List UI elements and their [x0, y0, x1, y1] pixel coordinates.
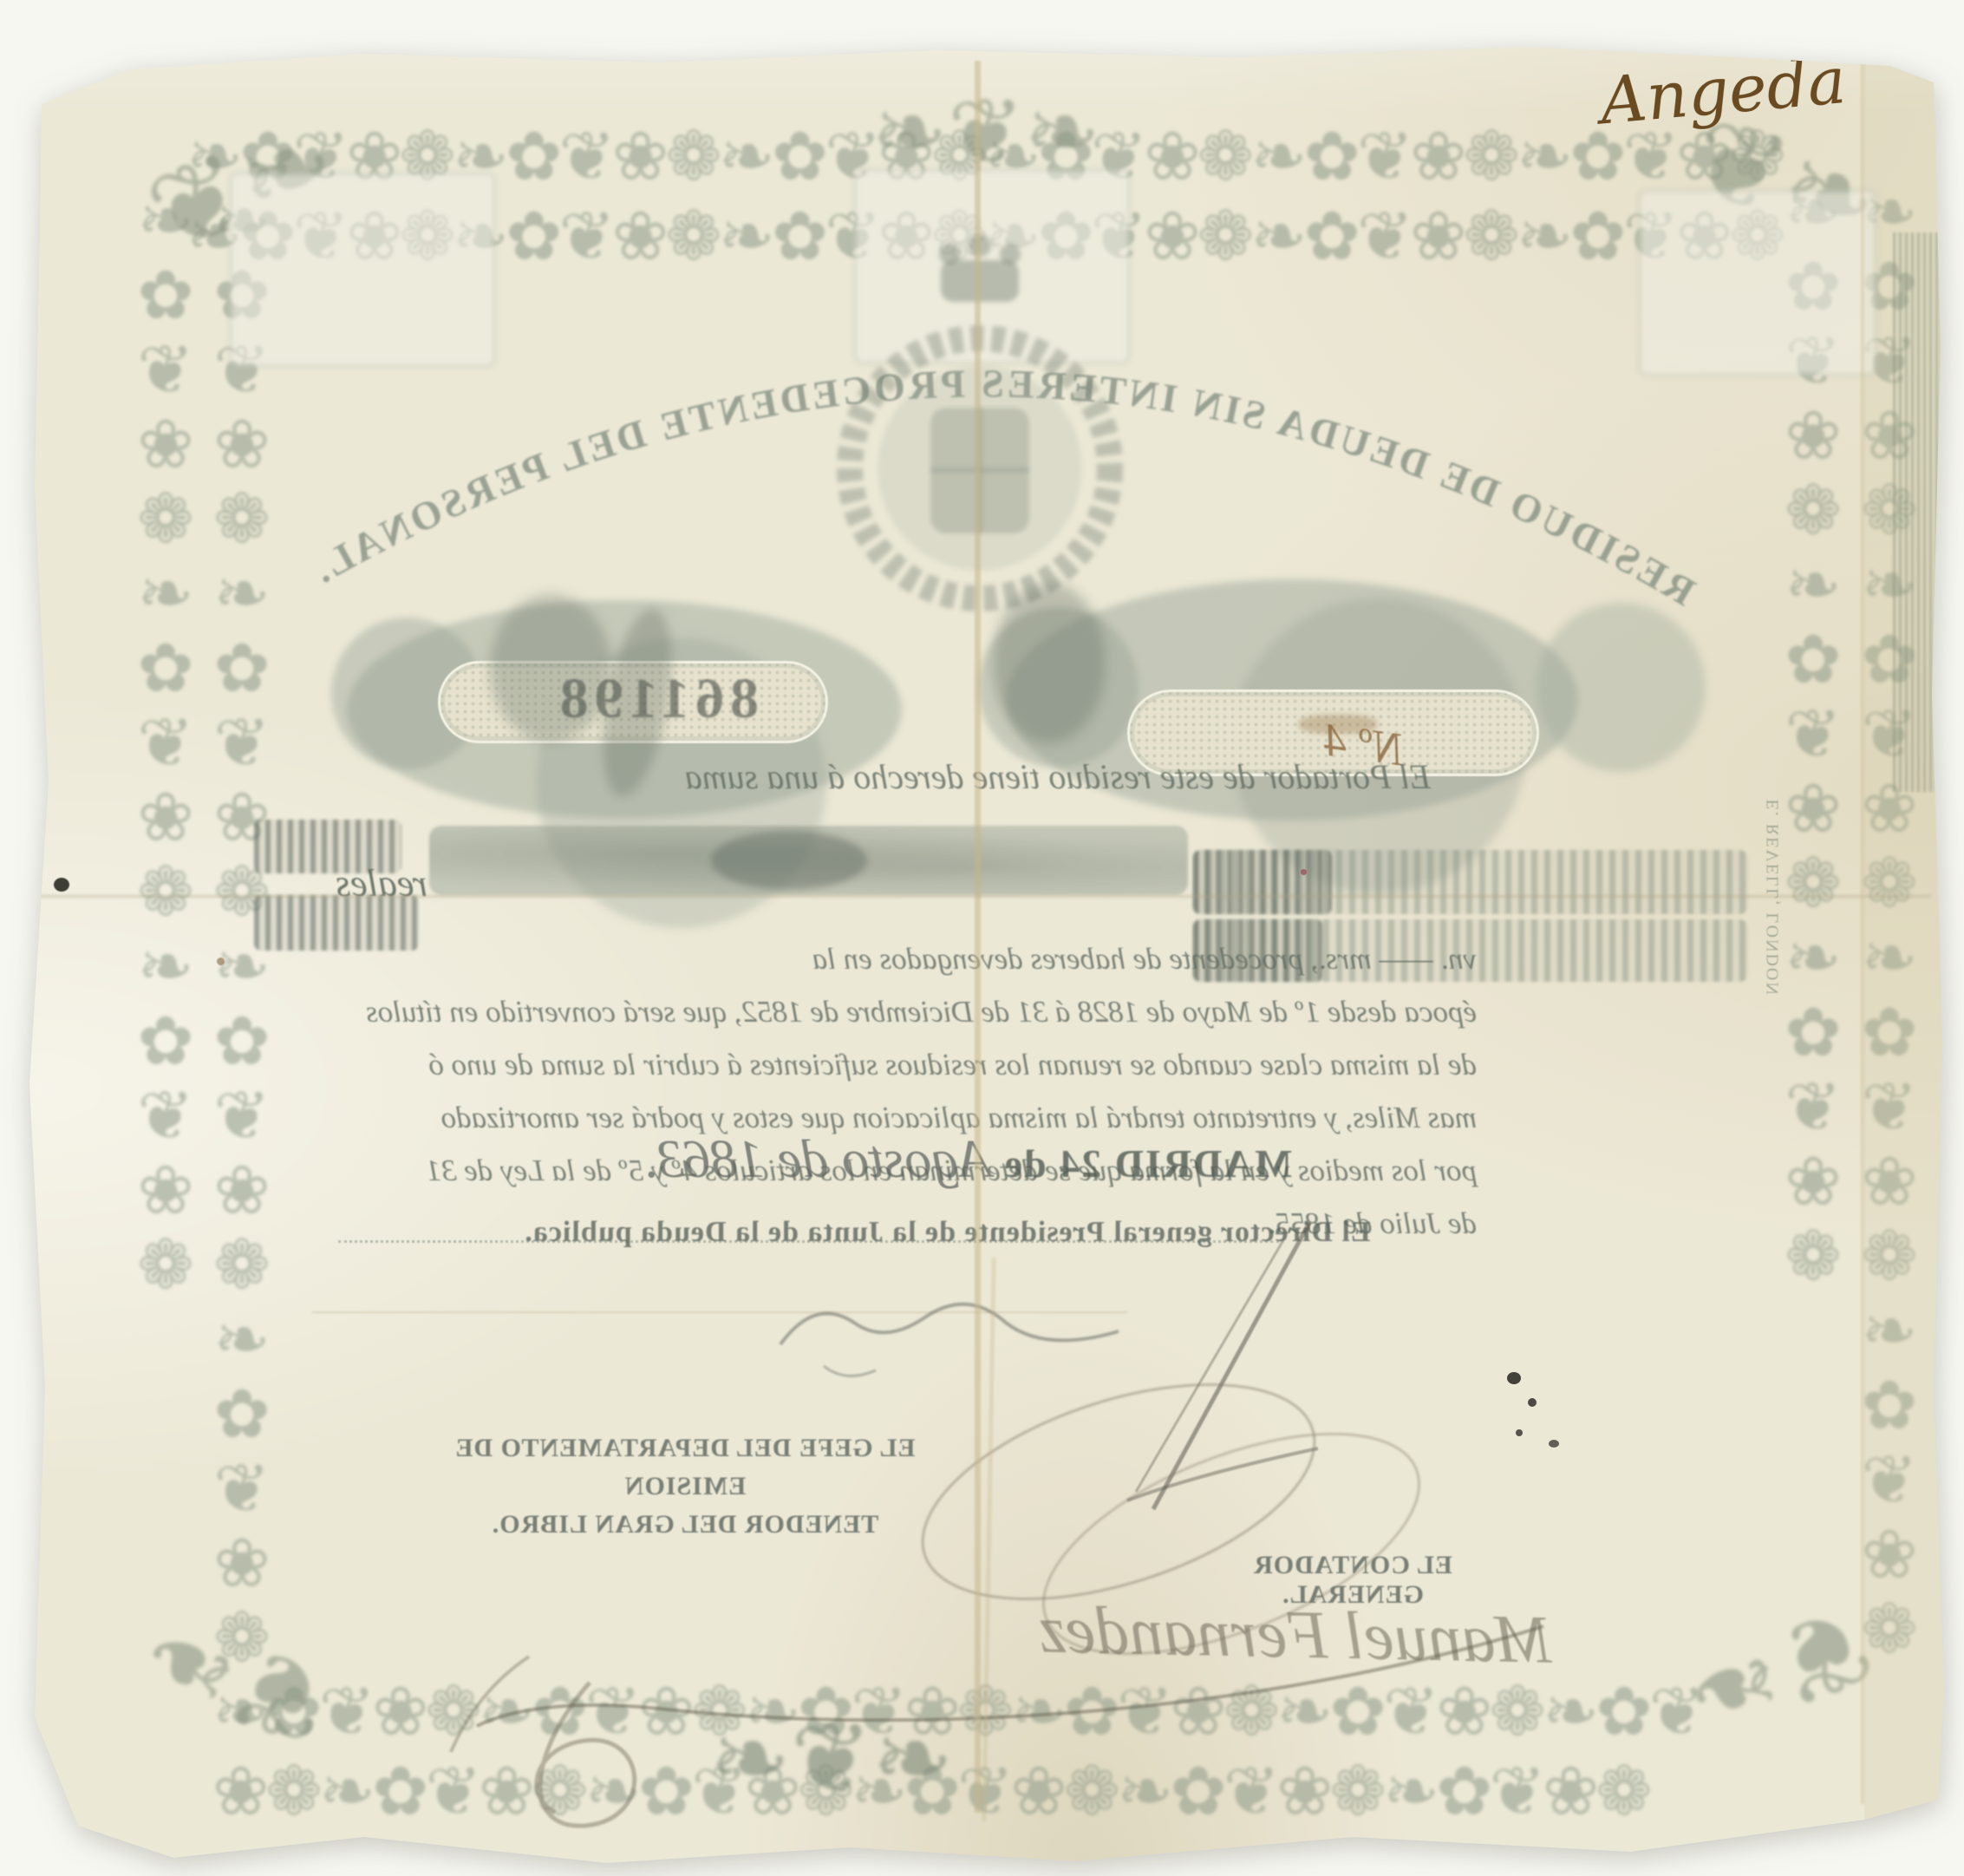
paper-shadow: ❧✿❦❀❁❧✿❦❀❁❧✿❦❀❁❧✿❦❀❁❧✿❦❀❁❧✿❦❀❁❧✿❦❀❁❧✿❦❀❁…: [0, 0, 1964, 1876]
brown-stain: [1299, 715, 1377, 734]
vertical-fold-crease: [975, 61, 981, 1813]
date-handwritten-ghost: Agosto de 1863.: [643, 1130, 991, 1189]
amount-band-right-stub-1: [1193, 850, 1332, 914]
signature-flourish: [373, 1579, 1569, 1839]
ink-speck: [54, 878, 69, 892]
right-medallion-right-lobe: [1537, 603, 1706, 772]
ink-speck: [1528, 1398, 1537, 1407]
ink-speck: [1549, 1440, 1559, 1448]
right-edge-tint: [1864, 48, 1951, 1826]
amount-band-dark-blotch: [711, 831, 867, 890]
garland-corner-bottom-right: ❦❧: [1670, 1586, 1886, 1757]
reales-word-ghost: reales: [276, 861, 427, 905]
stamp-smudge-left: [490, 594, 611, 742]
body-line: de la misma clase cuando se reunan los r…: [256, 1038, 1477, 1091]
aged-paper-sheet: ❧✿❦❀❁❧✿❦❀❁❧✿❦❀❁❧✿❦❀❁❧✿❦❀❁❧✿❦❀❁❧✿❦❀❁❧✿❦❀❁…: [0, 0, 1964, 1876]
body-line: vn. —— mrs., procedente de haberes deven…: [256, 932, 1477, 985]
garland-corner-bottom-left: ❦❧: [127, 1598, 342, 1763]
date-printed-ghost: MADRID 24 de: [991, 1141, 1292, 1186]
printer-imprint-ghost: E. REVELL, LONDON: [1764, 800, 1784, 1043]
brown-speck: [217, 958, 225, 965]
scanned-document-photo: ❧✿❦❀❁❧✿❦❀❁❧✿❦❀❁❧✿❦❀❁❧✿❦❀❁❧✿❦❀❁❧✿❦❀❁❧✿❦❀❁…: [0, 0, 1964, 1876]
body-paragraph-ghost: vn. —— mrs., procedente de haberes deven…: [256, 932, 1477, 1250]
stamp-smudge-center: [993, 583, 1106, 743]
ink-speck: [1516, 1429, 1523, 1436]
right-edge-fold-crease: [1861, 52, 1864, 1804]
portador-line-ghost: El Portador de este residuo tiene derech…: [277, 756, 1431, 797]
red-speck: [1301, 869, 1307, 875]
ink-speck: [1507, 1372, 1521, 1384]
date-line-ghost: MADRID 24 de Agosto de 1863.: [486, 1129, 1292, 1191]
horizontal-fold-crease: [36, 895, 1931, 898]
body-line: época desde 1º de Mayo de 1828 á 31 de D…: [256, 985, 1477, 1038]
